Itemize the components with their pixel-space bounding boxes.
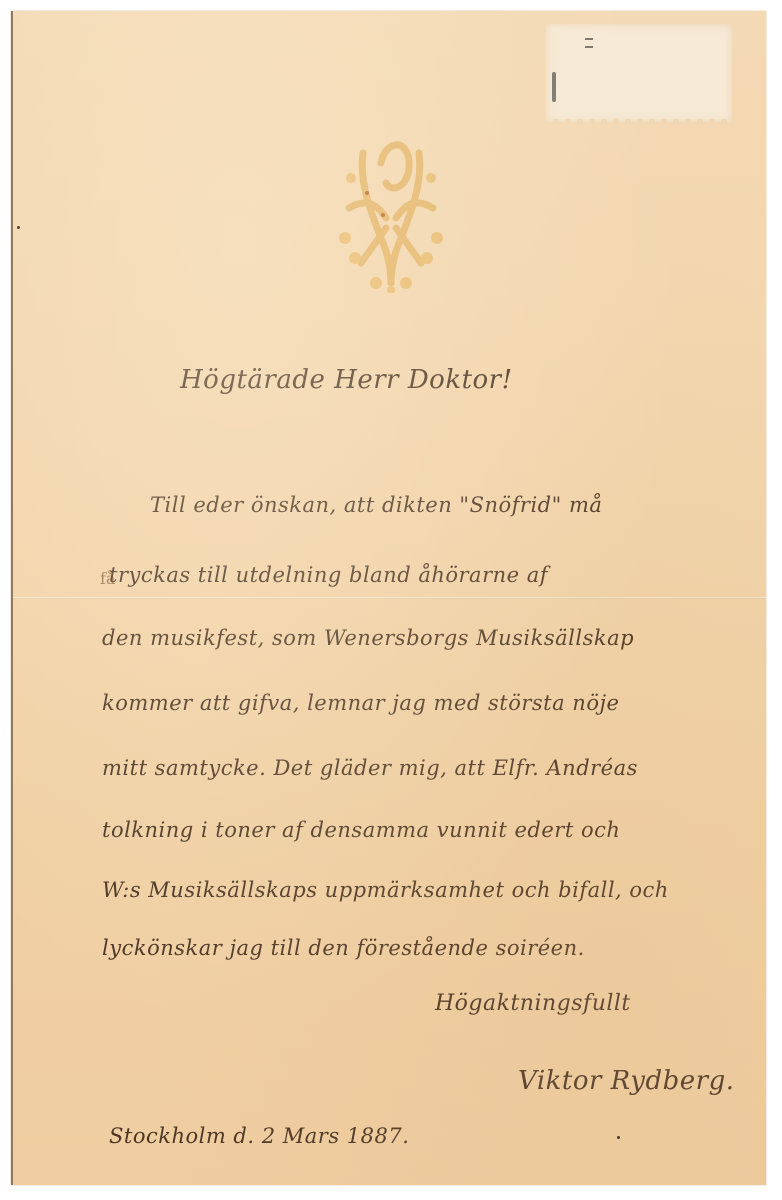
stamp-mark xyxy=(552,72,556,102)
body-line-6: tolkning i toner af densamma vunnit eder… xyxy=(102,818,620,842)
body-line-4: kommer att gifva, lemnar jag med största… xyxy=(102,691,619,715)
place-and-date: Stockholm d. 2 Mars 1887. xyxy=(109,1124,409,1148)
body-line-2: tryckas till utdelning bland åhörarne af xyxy=(109,563,548,587)
body-line-7: W:s Musiksällskaps uppmärksamhet och bif… xyxy=(102,878,669,902)
stamp-mark xyxy=(585,38,593,48)
body-line-8: lyckönskar jag till den förestående soir… xyxy=(102,936,585,960)
signature: Viktor Rydberg. xyxy=(518,1066,735,1096)
stamp-remnant xyxy=(546,24,732,122)
ink-speck xyxy=(617,1136,620,1139)
embossed-monogram-icon xyxy=(331,133,451,293)
body-line-1: Till eder önskan, att dikten "Snöfrid" m… xyxy=(150,493,602,517)
stamp-perforation xyxy=(550,118,728,126)
salutation: Högtärade Herr Doktor! xyxy=(180,365,513,395)
paper-fold-crease xyxy=(13,597,766,599)
body-line-3: den musikfest, som Wenersborgs Musiksäll… xyxy=(102,626,634,650)
closing: Högaktningsfullt xyxy=(435,991,631,1016)
body-line-5: mitt samtycke. Det gläder mig, att Elfr.… xyxy=(102,756,638,780)
letter-sheet: Högtärade Herr Doktor! få Till eder önsk… xyxy=(11,11,766,1185)
ink-speck xyxy=(17,226,20,229)
